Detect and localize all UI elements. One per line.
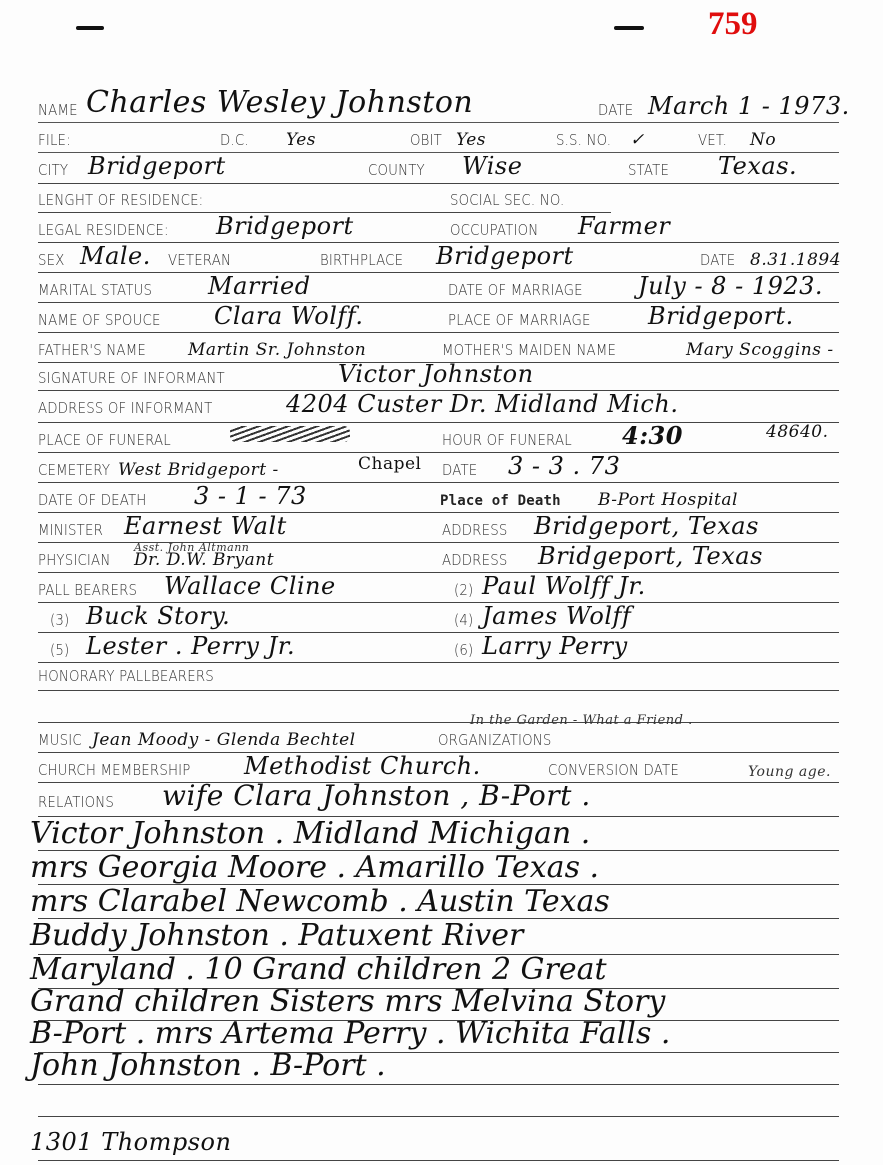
- signature-of-informant-label: SIGNATURE OF INFORMANT: [38, 369, 225, 387]
- marital-status-value: Married: [208, 272, 311, 300]
- physician-address-value: Bridgeport, Texas: [538, 542, 763, 570]
- name-row: NAME Charles Wesley Johnston DATE March …: [38, 94, 839, 122]
- occupation-label: OCCUPATION: [450, 221, 538, 239]
- pall-bearer-4: James Wolff: [482, 602, 631, 630]
- pall-bearer-4-number: (4): [454, 611, 473, 629]
- form-rule: [38, 332, 839, 333]
- crossed-out-text: [230, 426, 350, 442]
- relations-label: RELATIONS: [38, 793, 114, 811]
- physician-row: PHYSICIAN Asst. John Altmann Dr. D.W. Br…: [38, 544, 839, 572]
- state-label: STATE: [628, 161, 669, 179]
- music-row: MUSIC Jean Moody - Glenda Bechtel In the…: [38, 722, 839, 752]
- address-of-informant-label: ADDRESS OF INFORMANT: [38, 399, 212, 417]
- conversion-date-label: CONVERSION DATE: [548, 761, 679, 779]
- legal-residence-value: Bridgeport: [216, 212, 354, 240]
- place-of-funeral-value: Chapel: [358, 454, 421, 474]
- date-of-marriage-value: July - 8 - 1923.: [638, 272, 823, 300]
- minister-address-label: ADDRESS: [442, 521, 507, 539]
- fathers-name-value: Martin Sr. Johnston: [188, 340, 366, 360]
- informant-address-row: ADDRESS OF INFORMANT 4204 Custer Dr. Mid…: [38, 392, 839, 420]
- place-of-funeral-label: PLACE OF FUNERAL: [38, 431, 171, 449]
- physician-value: Dr. D.W. Bryant: [134, 550, 274, 570]
- physician-address-label: ADDRESS: [442, 551, 507, 569]
- obit-value: Yes: [456, 130, 486, 150]
- mothers-maiden-name-label: MOTHER'S MAIDEN NAME: [442, 341, 616, 359]
- father-row: FATHER'S NAME Martin Sr. Johnston MOTHER…: [38, 334, 839, 362]
- county-label: COUNTY: [368, 161, 425, 179]
- pall-bearer-2-number: (2): [454, 581, 473, 599]
- funeral-date-value: 3 - 3 . 73: [508, 452, 620, 480]
- marital-row: MARITAL STATUS Married DATE OF MARRIAGE …: [38, 274, 839, 302]
- city-value: Bridgeport: [88, 152, 226, 180]
- county-value: Wise: [462, 152, 522, 180]
- obit-label: OBIT: [410, 131, 442, 149]
- pall-bearers-row-2: (3) Buck Story. (4) James Wolff: [38, 604, 839, 632]
- veteran-label: VETERAN: [168, 251, 231, 269]
- legal-residence-row: LEGAL RESIDENCE: Bridgeport OCCUPATION F…: [38, 214, 839, 242]
- funeral-date-label: DATE: [442, 461, 477, 479]
- date-of-marriage-label: DATE OF MARRIAGE: [448, 281, 583, 299]
- signature-of-informant-value: Victor Johnston: [338, 360, 534, 388]
- hour-of-funeral-value: 4:30: [622, 421, 683, 450]
- address-of-informant-value: 4204 Custer Dr. Midland Mich.: [286, 390, 678, 418]
- place-of-marriage-label: PLACE OF MARRIAGE: [448, 311, 591, 329]
- informant-zip-value: 48640.: [766, 422, 828, 442]
- honorary-pallbearers-row: HONORARY PALLBEARERS: [38, 660, 839, 688]
- informant-signature-row: SIGNATURE OF INFORMANT Victor Johnston: [38, 362, 839, 390]
- date-of-death-label: DATE OF DEATH: [38, 491, 146, 509]
- dc-label: D.C.: [220, 131, 249, 149]
- footer-note: 1301 Thompson: [30, 1128, 231, 1156]
- city-row: CITY Bridgeport COUNTY Wise STATE Texas.: [38, 154, 839, 182]
- funeral-record-form: 759 NAME Charles Wesley Johnston DATE Ma…: [0, 0, 883, 1165]
- organizations-label: ORGANIZATIONS: [438, 731, 552, 749]
- relations-line-7: Grand children Sisters mrs Melvina Story: [30, 984, 665, 1019]
- sex-label: SEX: [38, 251, 65, 269]
- file-label: FILE:: [38, 131, 71, 149]
- name-of-spouse-value: Clara Wolff.: [214, 302, 363, 330]
- pall-bearer-6-number: (6): [454, 641, 473, 659]
- length-of-residence-label: LENGHT OF RESIDENCE:: [38, 191, 203, 209]
- birthplace-label: BIRTHPLACE: [320, 251, 403, 269]
- birthplace-value: Bridgeport: [436, 242, 574, 270]
- residence-length-row: LENGHT OF RESIDENCE: SOCIAL SEC. NO.: [38, 184, 839, 212]
- place-of-marriage-value: Bridgeport.: [648, 302, 794, 330]
- honorary-pallbearers-label: HONORARY PALLBEARERS: [38, 667, 214, 685]
- sex-row: SEX Male. VETERAN BIRTHPLACE Bridgeport …: [38, 244, 839, 272]
- pall-bearers-row-1: PALL BEARERS Wallace Cline (2) Paul Wolf…: [38, 574, 839, 602]
- place-of-death-label: Place of Death: [440, 493, 561, 509]
- cemetery-row: CEMETERY West Bridgeport - Chapel DATE 3…: [38, 454, 839, 482]
- pall-bearer-5-number: (5): [50, 641, 69, 659]
- conversion-date-value: Young age.: [748, 764, 831, 780]
- place-of-death-value: B-Port Hospital: [598, 490, 738, 510]
- date-label: DATE: [598, 101, 633, 119]
- sex-value: Male.: [80, 242, 151, 270]
- dc-value: Yes: [286, 130, 316, 150]
- relations-line-1: wife Clara Johnston , B-Port .: [162, 779, 591, 812]
- pall-bearer-2: Paul Wolff Jr.: [482, 572, 646, 600]
- ss-no-label: S.S. NO.: [556, 131, 611, 149]
- death-row: DATE OF DEATH 3 - 1 - 73 Place of Death …: [38, 484, 839, 512]
- form-rule: [38, 452, 839, 453]
- minister-row: MINISTER Earnest Walt ADDRESS Bridgeport…: [38, 514, 839, 542]
- relations-line-9: John Johnston . B-Port .: [30, 1048, 386, 1083]
- pall-bearer-3: Buck Story.: [86, 602, 230, 630]
- ss-no-value: ✓: [630, 130, 645, 150]
- minister-address-value: Bridgeport, Texas: [534, 512, 759, 540]
- spouse-row: NAME OF SPOUCE Clara Wolff. PLACE OF MAR…: [38, 304, 839, 332]
- church-membership-value: Methodist Church.: [244, 752, 481, 780]
- minister-label: MINISTER: [38, 521, 103, 539]
- pall-bearers-row-3: (5) Lester . Perry Jr. (6) Larry Perry: [38, 634, 839, 662]
- pall-bearer-3-number: (3): [50, 611, 69, 629]
- music-songs: In the Garden - What a Friend .: [470, 713, 693, 728]
- social-sec-no-label: SOCIAL SEC. NO.: [450, 191, 564, 209]
- relations-line-4: mrs Clarabel Newcomb . Austin Texas: [30, 884, 610, 919]
- form-rule: [38, 482, 839, 483]
- city-label: CITY: [38, 161, 68, 179]
- funeral-place-row: PLACE OF FUNERAL HOUR OF FUNERAL 4:30 48…: [38, 424, 839, 452]
- file-row: FILE: D.C. Yes OBIT Yes S.S. NO. ✓ VET. …: [38, 124, 839, 152]
- state-value: Texas.: [718, 152, 797, 180]
- music-label: MUSIC: [38, 731, 82, 749]
- date-value: March 1 - 1973.: [648, 92, 850, 120]
- corner-mark: [76, 26, 104, 30]
- cemetery-value: West Bridgeport -: [118, 460, 279, 480]
- name-label: NAME: [38, 101, 78, 119]
- pall-bearer-1: Wallace Cline: [164, 572, 336, 600]
- date-of-death-value: 3 - 1 - 73: [194, 482, 307, 510]
- record-number-stamp: 759: [708, 6, 758, 43]
- name-value: Charles Wesley Johnston: [86, 85, 473, 120]
- form-rule: [38, 422, 839, 423]
- music-value: Jean Moody - Glenda Bechtel: [92, 730, 356, 750]
- minister-value: Earnest Walt: [124, 512, 287, 540]
- name-of-spouse-label: NAME OF SPOUCE: [38, 311, 161, 329]
- relations-line-3: mrs Georgia Moore . Amarillo Texas .: [30, 850, 599, 885]
- pall-bearer-5: Lester . Perry Jr.: [86, 632, 295, 660]
- cemetery-label: CEMETERY: [38, 461, 110, 479]
- relations-line-5: Buddy Johnston . Patuxent River: [30, 918, 523, 953]
- mothers-maiden-name-value: Mary Scoggins -: [686, 340, 834, 360]
- fathers-name-label: FATHER'S NAME: [38, 341, 146, 359]
- form-rule: [38, 1116, 839, 1117]
- vet-value: No: [750, 130, 776, 150]
- church-row: CHURCH MEMBERSHIP Methodist Church. CONV…: [38, 754, 839, 782]
- occupation-value: Farmer: [578, 212, 670, 240]
- corner-mark: [614, 26, 644, 30]
- birth-date-value: 8.31.1894: [750, 250, 841, 270]
- church-membership-label: CHURCH MEMBERSHIP: [38, 761, 190, 779]
- marital-status-label: MARITAL STATUS: [38, 281, 152, 299]
- pall-bearer-6: Larry Perry: [482, 632, 628, 660]
- form-rule: [38, 572, 839, 573]
- relations-row: RELATIONS wife Clara Johnston , B-Port .: [38, 786, 839, 814]
- vet-label: VET.: [698, 131, 727, 149]
- form-rule: [38, 690, 839, 691]
- relations-line-8: B-Port . mrs Artema Perry . Wichita Fall…: [30, 1016, 670, 1051]
- pall-bearers-label: PALL BEARERS: [38, 581, 137, 599]
- form-rule: [38, 1084, 839, 1085]
- hour-of-funeral-label: HOUR OF FUNERAL: [442, 431, 572, 449]
- birth-date-label: DATE: [700, 251, 735, 269]
- relations-line-2: Victor Johnston . Midland Michigan .: [30, 816, 590, 851]
- form-rule: [38, 122, 839, 123]
- legal-residence-label: LEGAL RESIDENCE:: [38, 221, 169, 239]
- relations-line-6: Maryland . 10 Grand children 2 Great: [30, 952, 607, 987]
- form-rule: [38, 1160, 839, 1161]
- physician-label: PHYSICIAN: [38, 551, 110, 569]
